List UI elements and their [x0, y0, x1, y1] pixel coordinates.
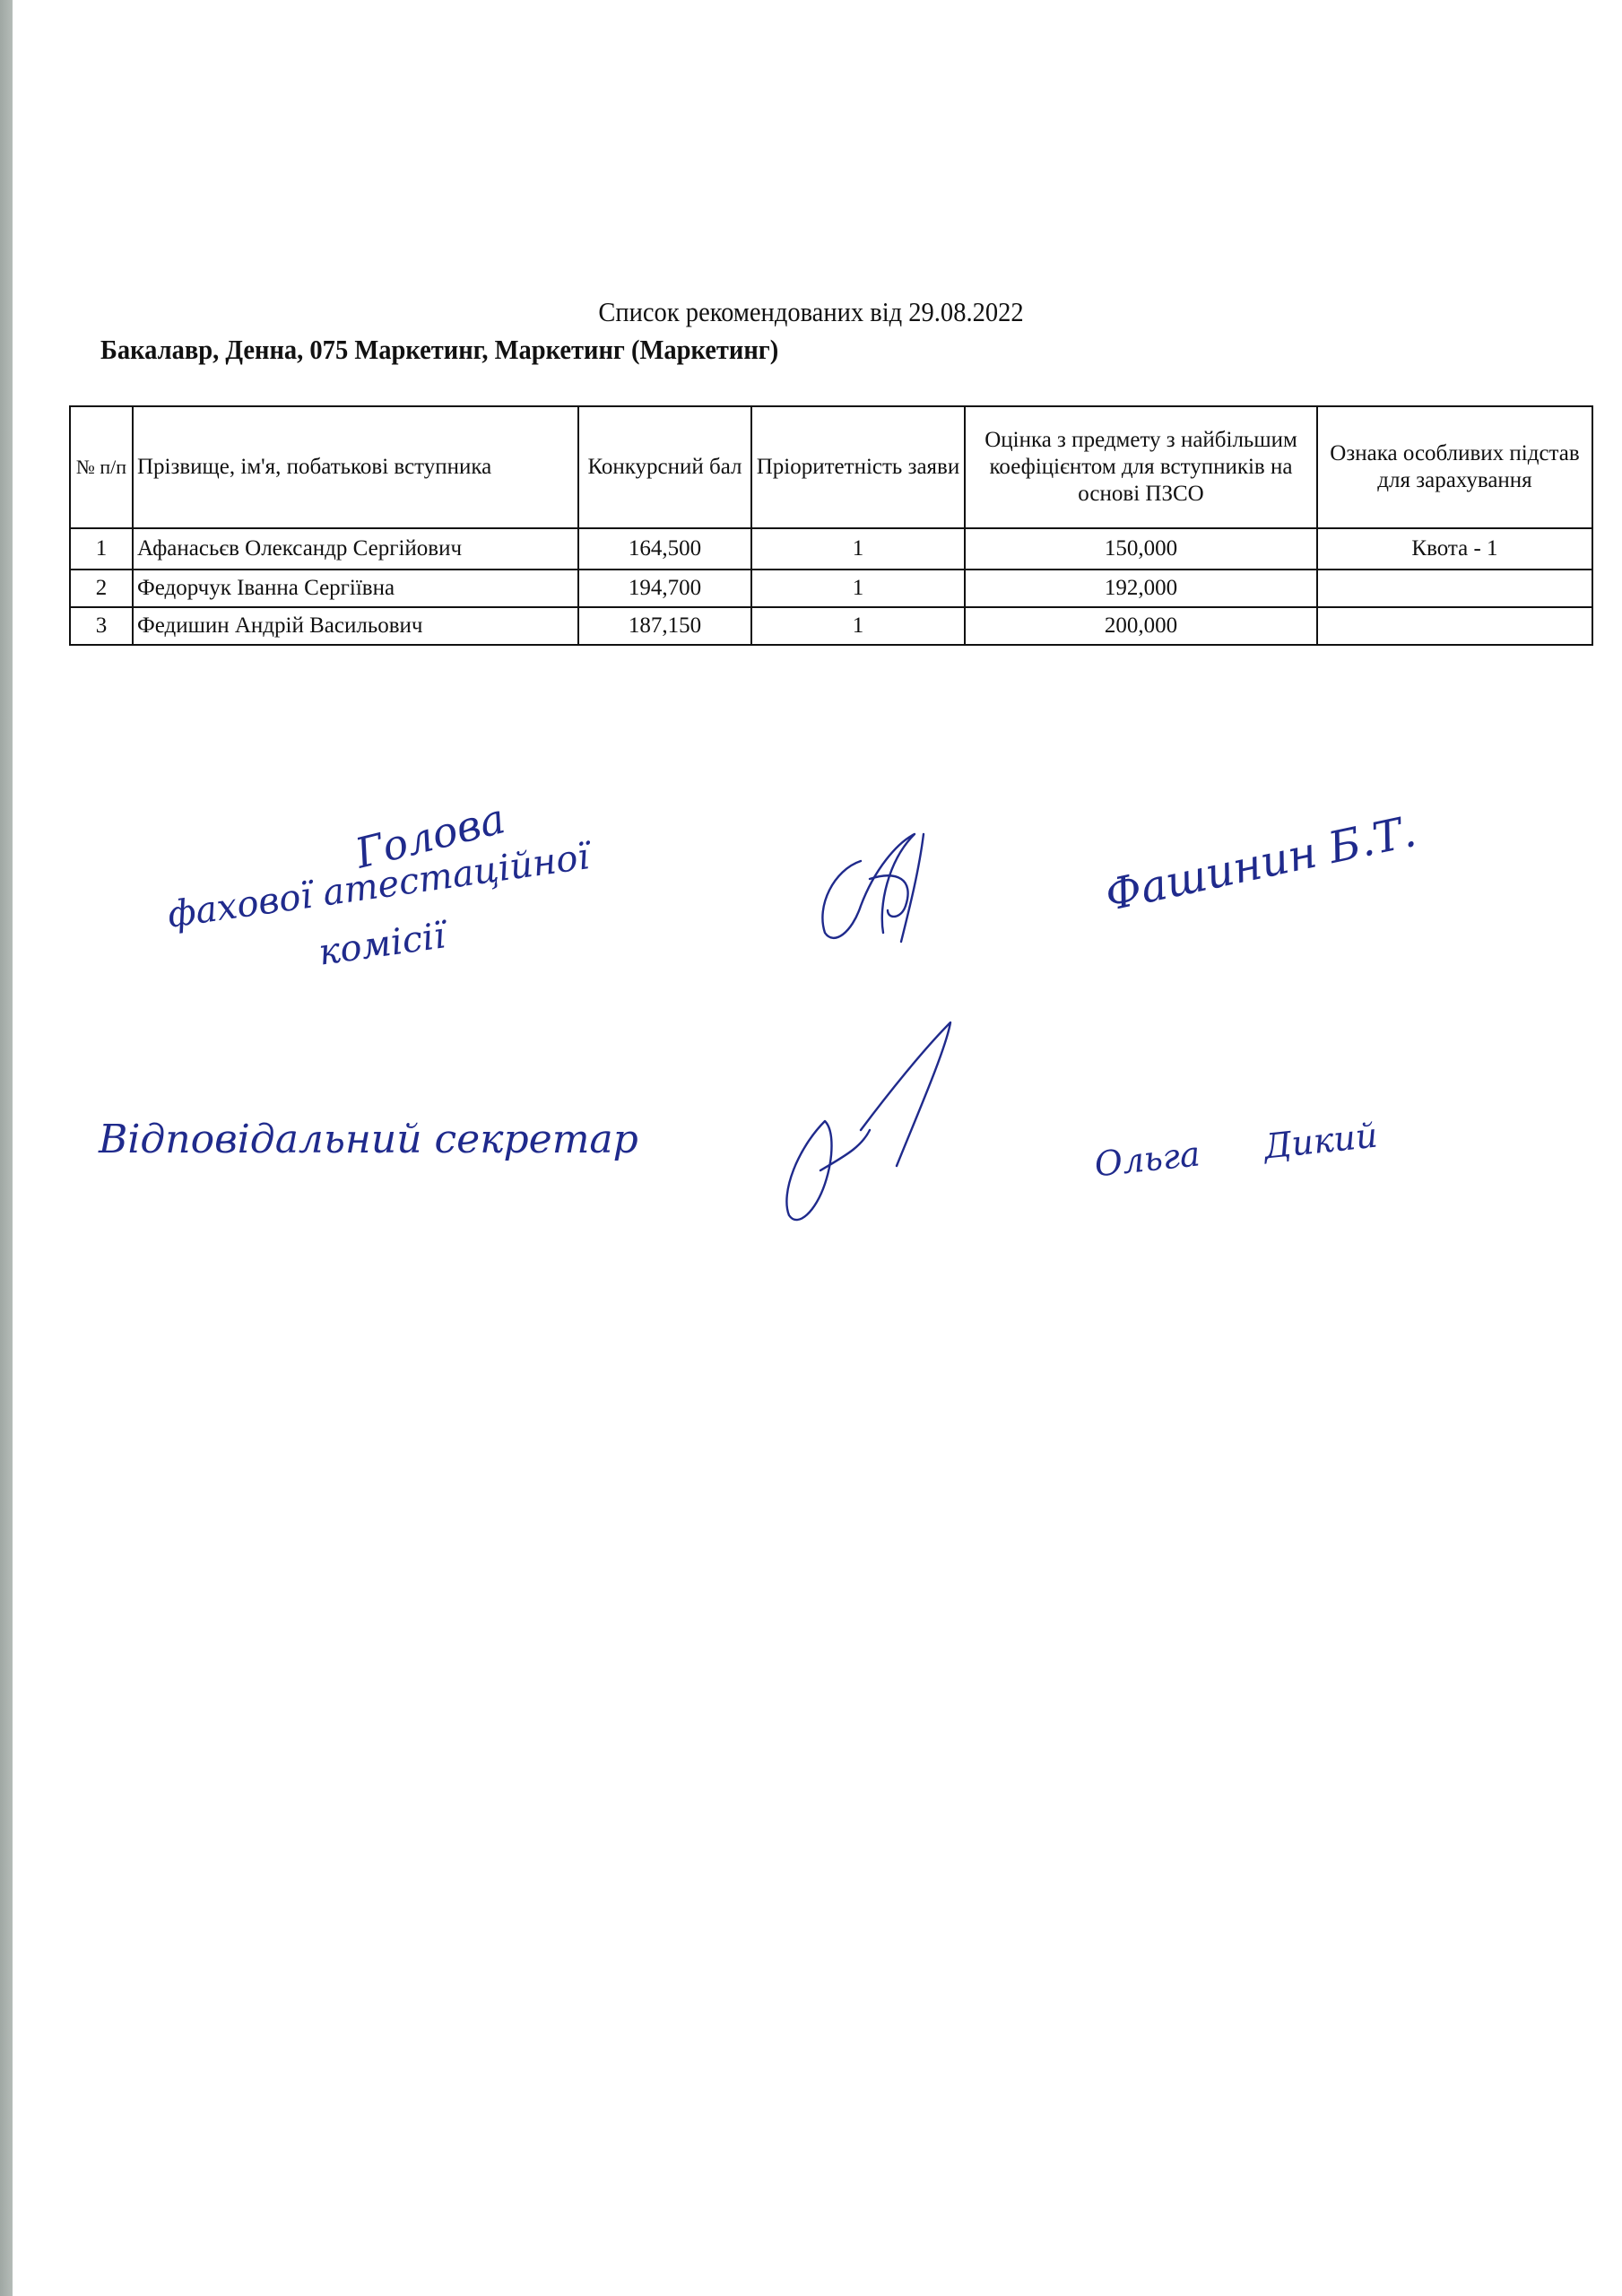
competitive-score: 164,500: [578, 528, 751, 570]
secretary-signature: [771, 1013, 1004, 1238]
header-special-grounds: Ознака особливих підстав для зарахування: [1317, 406, 1592, 528]
chair-signature: [798, 807, 977, 951]
header-priority: Пріоритетність заяви: [751, 406, 965, 528]
table-header-row: № п/п Прізвище, ім'я, побатькові вступни…: [70, 406, 1592, 528]
row-number: 1: [70, 528, 133, 570]
priority: 1: [751, 570, 965, 607]
document-title: Список рекомендованих від 29.08.2022: [65, 296, 1557, 328]
applicant-name: Афанасьєв Олександр Сергійович: [133, 528, 578, 570]
subject-score: 200,000: [965, 607, 1317, 645]
table-row: 3 Федишин Андрій Васильович 187,150 1 20…: [70, 607, 1592, 645]
row-number: 3: [70, 607, 133, 645]
priority: 1: [751, 528, 965, 570]
priority: 1: [751, 607, 965, 645]
chair-name: Фашинин Б.Т.: [1101, 806, 1420, 921]
table-row: 2 Федорчук Іванна Сергіївна 194,700 1 19…: [70, 570, 1592, 607]
row-number: 2: [70, 570, 133, 607]
header-number: № п/п: [70, 406, 133, 528]
recommended-list-table: № п/п Прізвище, ім'я, побатькові вступни…: [69, 405, 1593, 646]
subject-score: 150,000: [965, 528, 1317, 570]
header-subject-score: Оцінка з предмету з найбільшим коефіцієн…: [965, 406, 1317, 528]
special-grounds: [1317, 607, 1592, 645]
competitive-score: 194,700: [578, 570, 751, 607]
table-row: 1 Афанасьєв Олександр Сергійович 164,500…: [70, 528, 1592, 570]
special-grounds: Квота - 1: [1317, 528, 1592, 570]
secretary-role: Відповідальний секретар: [99, 1117, 638, 1162]
chair-role-line3: комісії: [316, 915, 447, 973]
competitive-score: 187,150: [578, 607, 751, 645]
secretary-name: Ольга Дикий: [1093, 1116, 1380, 1185]
document-subtitle: Бакалавр, Денна, 075 Маркетинг, Маркетин…: [100, 334, 778, 366]
header-competitive-score: Конкурсний бал: [578, 406, 751, 528]
special-grounds: [1317, 570, 1592, 607]
header-full-name: Прізвище, ім'я, побатькові вступника: [133, 406, 578, 528]
applicant-name: Федорчук Іванна Сергіївна: [133, 570, 578, 607]
subject-score: 192,000: [965, 570, 1317, 607]
scan-edge: [0, 0, 13, 2296]
applicant-name: Федишин Андрій Васильович: [133, 607, 578, 645]
